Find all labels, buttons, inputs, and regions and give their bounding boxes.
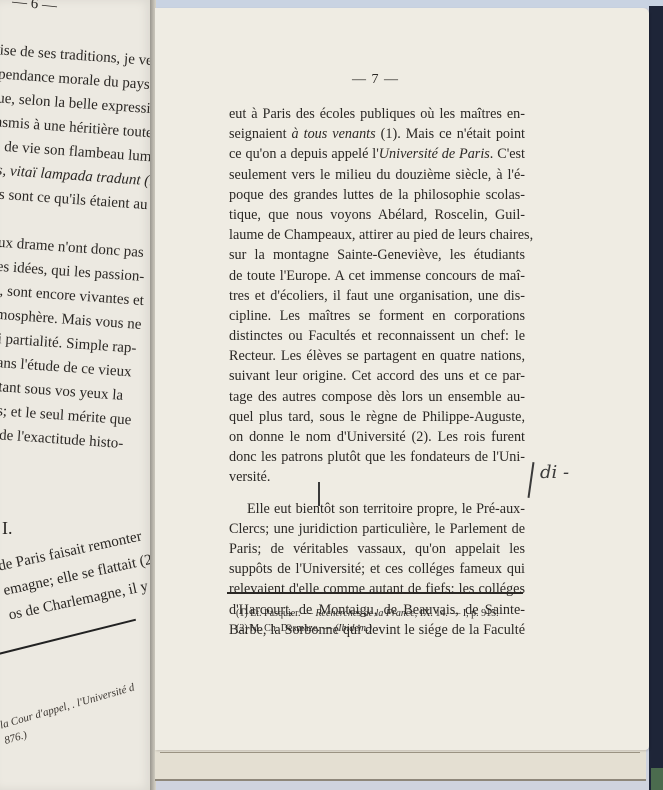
section-numeral: I. xyxy=(2,518,13,539)
text-line: sur la montagne Sainte-Geneviève, les ét… xyxy=(229,245,525,265)
text-line: quel plus tard, sous le règne de Philipp… xyxy=(229,407,525,427)
text-line: seulement vers le milieu du douzième siè… xyxy=(229,165,525,185)
footnote-author: M. Ch. Desmaze. — xyxy=(250,623,332,634)
text-line: donc les patrons plutôt que les fondateu… xyxy=(229,447,525,467)
footnote-title: (Ibidem.) xyxy=(335,623,372,634)
text-line: on donne le nom d'Université (2). Les ro… xyxy=(229,427,525,447)
handwritten-insertion-mark xyxy=(318,482,320,506)
footnotes: (1) Et. Pasquier. — Recherches de la Fra… xyxy=(236,606,499,636)
book-cover-corner xyxy=(651,768,663,790)
paragraph-1: eut à Paris des écoles publiques où les … xyxy=(229,104,525,488)
footnote-2: (2) M. Ch. Desmaze. — (Ibidem.) xyxy=(236,621,499,636)
text-line: cipline. Les maîtres se forment en corpo… xyxy=(229,306,525,326)
footnote-1: (1) Et. Pasquier. — Recherches de la Fra… xyxy=(236,606,499,621)
text-line: eut à Paris des écoles publiques où les … xyxy=(229,104,525,124)
left-page-footnotes: la Cour d'appel, . l'Université d 876.) xyxy=(0,666,153,749)
text-line: relevaient d'elle comme autant de fiefs:… xyxy=(229,579,525,599)
footnote-title: Recherches de la France, xyxy=(315,608,417,619)
text-line: de toute l'Europe. A cet immense concour… xyxy=(229,266,525,286)
background-surface xyxy=(140,0,663,8)
left-page: — 6 — aise de ses traditions, je veux ép… xyxy=(0,0,153,790)
text-line: Recteur. Les élèves se partagent en quat… xyxy=(229,346,525,366)
text-line: Clercs; une juridiction particulière, le… xyxy=(229,519,525,539)
left-page-text: aise de ses traditions, je veux épendanc… xyxy=(0,38,153,458)
text-line: Paris; de véritables vassaux, qu'on appe… xyxy=(229,539,525,559)
footnote-divider xyxy=(227,592,523,594)
text-line: seignaient à tous venants (1). Mais ce n… xyxy=(229,124,525,144)
footnote-author: Et. Pasquier. — xyxy=(250,608,313,619)
text-line: tres et d'écoliers, il faut une organisa… xyxy=(229,286,525,306)
text-line: ce qu'on a depuis appelé l'Université de… xyxy=(229,144,525,164)
right-page-body: eut à Paris des écoles publiques où les … xyxy=(229,104,525,640)
underlying-page-edge xyxy=(155,745,646,781)
text-line: Elle eut bientôt son territoire propre, … xyxy=(229,499,525,519)
text-line: distinctes ou Facultés et reconnaissent … xyxy=(229,326,525,346)
page-edge-line xyxy=(160,752,640,753)
left-page-lower-text: de Paris faisait remonter emagne; elle s… xyxy=(0,513,153,628)
handwritten-margin-note: di - xyxy=(540,462,569,483)
page-number: — 7 — xyxy=(352,72,399,88)
footnote-marker: (2) xyxy=(236,623,248,634)
text-line: tique, que nous voyons Abélard, Roscelin… xyxy=(229,205,525,225)
book-cover-edge xyxy=(649,6,663,790)
left-page-number: — 6 — xyxy=(11,0,58,15)
text-line: laume de Champeaux, attirer au pied de l… xyxy=(229,225,525,245)
text-line: suppôts de l'Université; et ces colléges… xyxy=(229,559,525,579)
footnote-marker: (1) xyxy=(236,608,248,619)
text-line: tage des autres compose dès lors un ense… xyxy=(229,387,525,407)
footnote-reference: IX. 14. — I, p. 915. xyxy=(420,608,499,619)
text-line: versité. xyxy=(229,467,525,487)
text-line: suivant leur origine. Cet accord des uns… xyxy=(229,366,525,386)
text-line: poque des grandes luttes de la philosoph… xyxy=(229,185,525,205)
